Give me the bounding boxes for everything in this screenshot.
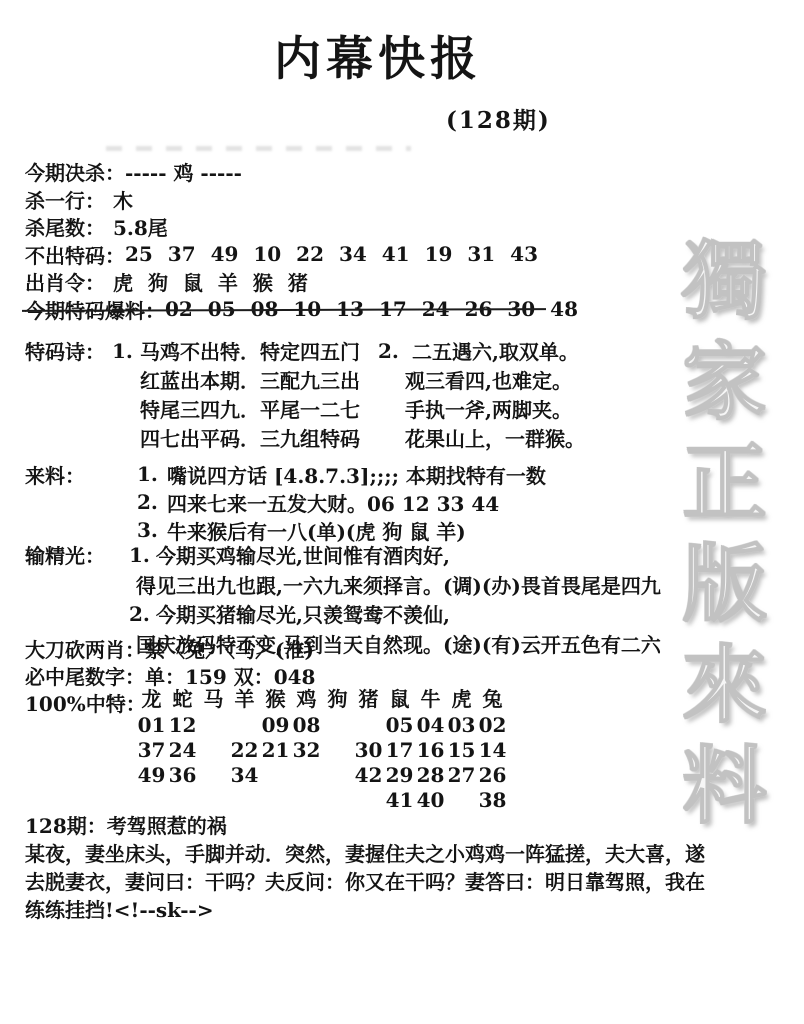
grid-cell: 30 <box>353 737 384 762</box>
grid-cell <box>198 712 229 737</box>
joke-title: 128期：考驾照惹的祸 <box>25 812 705 840</box>
grid-cell: 09 <box>260 712 291 737</box>
issue-number: (128期) <box>446 102 551 135</box>
kill-line-label: 不出特码： <box>25 240 125 269</box>
grid-cell: 08 <box>291 712 322 737</box>
zodiac-header: 蛇 <box>167 683 198 712</box>
grid-cell <box>198 762 229 787</box>
grid-cell: 15 <box>446 737 477 762</box>
zodiac-header: 龙 <box>136 683 167 712</box>
grid-cell: 27 <box>446 762 477 787</box>
poem-text: 特尾三四九．平尾一二七 <box>140 394 378 423</box>
lailiao-num: 1. <box>137 462 167 486</box>
poem-label: 特码诗： <box>25 336 112 365</box>
joke-line: 某夜，妻坐床头，手脚并动．突然，妻握住夫之小鸡鸡一阵猛搓，夫大喜，遂 <box>25 840 705 868</box>
page-title: 内幕快报 <box>0 22 756 89</box>
grid-cell <box>353 712 384 737</box>
kill-line-label: 杀一行： <box>25 185 113 214</box>
kill-line-value: 木 <box>113 185 133 214</box>
grid-cell: 04 <box>415 712 446 737</box>
poem-text: 马鸡不出特．特定四五门 <box>140 336 378 365</box>
grid-row: 37 24 22 21 32 30 17 16 15 14 <box>136 737 508 762</box>
grid-cell: 01 <box>136 712 167 737</box>
zodiac-header: 兔 <box>477 683 508 712</box>
kill-line: 不出特码： 25 37 49 10 22 34 41 19 31 43 <box>25 241 578 269</box>
joke-line: 练练挂挡!<!--sk--> <box>25 896 705 924</box>
shujingguang-label: 输精光： <box>25 540 129 569</box>
grid-cell: 21 <box>260 737 291 762</box>
grid-cell <box>167 787 198 812</box>
bizhong-label: 必中尾数字： <box>25 661 145 690</box>
grid-row: 41 40 38 <box>136 787 508 812</box>
grid-cell: 36 <box>167 762 198 787</box>
grid-cell: 34 <box>229 762 260 787</box>
shujingguang-row: 2. 今期买猪输尽光,只羡鸳鸯不羡仙, <box>25 599 661 629</box>
grid-cell: 02 <box>477 712 508 737</box>
zodiac-header: 虎 <box>446 683 477 712</box>
grid-cell <box>229 787 260 812</box>
zodiac-header: 牛 <box>415 683 446 712</box>
grid-cell: 42 <box>353 762 384 787</box>
poem-text: 红蓝出本期．三配九三出 <box>140 365 378 394</box>
poem-text: 手执一斧,两脚夹。 <box>405 394 572 423</box>
poem-row: 特尾三四九．平尾一二七 手执一斧,两脚夹。 <box>25 394 585 423</box>
grid-row: 01 12 09 08 05 04 03 02 <box>136 712 508 737</box>
poem-text: 花果山上，一群猴。 <box>405 423 585 452</box>
shujingguang-row: 得见三出九也跟,一六九来须择言。(调)(办)畏首畏尾是四九 <box>25 570 661 600</box>
grid-cell: 12 <box>167 712 198 737</box>
kill-line-label: 出肖令： <box>25 267 113 296</box>
kill-line-value: 25 37 49 10 22 34 41 19 31 43 <box>125 242 538 266</box>
kill-line-label: 今期决杀： <box>25 157 125 186</box>
kill-line-value: 虎 狗 鼠 羊 猴 猪 <box>113 267 308 296</box>
zodiac-header: 猴 <box>260 683 291 712</box>
grid-cell <box>260 787 291 812</box>
grid-cell: 26 <box>477 762 508 787</box>
lailiao-text: 嘴说四方话 [4.8.7.3];;;; 本期找特有一数 <box>167 460 546 489</box>
grid-cell <box>446 787 477 812</box>
poem-num: 1. <box>112 339 140 363</box>
zodiac-header: 鼠 <box>384 683 415 712</box>
zodiac-header: 羊 <box>229 683 260 712</box>
kill-line-label: 杀尾数： <box>25 212 113 241</box>
zodiac-header-row: 龙 蛇 马 羊 猴 鸡 狗 猪 鼠 牛 虎 兔 <box>136 683 508 712</box>
poem-row: 红蓝出本期．三配九三出 观三看四,也难定。 <box>25 365 585 394</box>
watermark-text: 獨家正版來料 <box>676 236 760 842</box>
grid-cell: 38 <box>477 787 508 812</box>
kill-line: 杀一行： 木 <box>25 186 578 214</box>
kill-line: 杀尾数： 5.8尾 <box>25 213 578 241</box>
grid-cell: 17 <box>384 737 415 762</box>
kill-line-value: ----- 鸡 ----- <box>125 157 242 186</box>
shujingguang-num: 1. <box>129 543 156 567</box>
grid-cell: 37 <box>136 737 167 762</box>
grid-cell: 29 <box>384 762 415 787</box>
grid-cell: 03 <box>446 712 477 737</box>
grid-cell <box>353 787 384 812</box>
grid-row: 49 36 34 42 29 28 27 26 <box>136 762 508 787</box>
grid-cell: 32 <box>291 737 322 762</box>
grid-cell: 40 <box>415 787 446 812</box>
lailiao-text: 四来七来一五发大财。06 12 33 44 <box>167 488 499 517</box>
zodiac-header: 鸡 <box>291 683 322 712</box>
lailiao-label: 来料： <box>25 460 137 489</box>
grid-cell <box>291 762 322 787</box>
joke-line: 去脱妻衣，妻问曰：干吗？夫反问：你又在干吗？妻答曰：明日靠驾照，我在 <box>25 868 705 896</box>
zodiac-header: 马 <box>198 683 229 712</box>
kill-list: 今期决杀： ----- 鸡 ----- 杀一行： 木 杀尾数： 5.8尾 不出特… <box>25 158 578 323</box>
shujingguang-text: 得见三出九也跟,一六九来须择言。(调)(办)畏首畏尾是四九 <box>129 570 661 599</box>
dadao-label: 大刀砍两肖： <box>25 634 145 663</box>
grid-cell <box>322 762 353 787</box>
grid-cell <box>198 787 229 812</box>
erased-text-smudge <box>106 146 411 151</box>
poem-text: 四七出平码．三九组特码 <box>140 423 378 452</box>
poem-row: 四七出平码．三九组特码 花果山上，一群猴。 <box>25 423 585 452</box>
lailiao-row: 来料： 1. 嘴说四方话 [4.8.7.3];;;; 本期找特有一数 <box>25 460 546 488</box>
kill-line: 今期决杀： ----- 鸡 ----- <box>25 158 578 186</box>
special-code-poem: 特码诗： 1. 马鸡不出特．特定四五门 2. 二五遇六,取双单。 红蓝出本期．三… <box>25 336 585 452</box>
dadao-value: 禁〈兔〉〈马〉(准) <box>145 634 314 663</box>
lailiao-section: 来料： 1. 嘴说四方话 [4.8.7.3];;;; 本期找特有一数 2. 四来… <box>25 460 546 544</box>
grid-cell: 24 <box>167 737 198 762</box>
shujingguang-row: 输精光： 1. 今期买鸡输尽光,世间惟有酒肉好, <box>25 540 661 570</box>
kill-line-value: 5.8尾 <box>113 212 168 241</box>
poem-row: 特码诗： 1. 马鸡不出特．特定四五门 2. 二五遇六,取双单。 <box>25 336 585 365</box>
poem-num: 2. <box>378 339 405 363</box>
grid-cell <box>136 787 167 812</box>
dadao-line: 大刀砍两肖： 禁〈兔〉〈马〉(准) <box>25 634 314 663</box>
grid-cell <box>260 762 291 787</box>
grid-cell <box>322 787 353 812</box>
grid-cell <box>322 737 353 762</box>
joke-section: 128期：考驾照惹的祸 某夜，妻坐床头，手脚并动．突然，妻握住夫之小鸡鸡一阵猛搓… <box>25 812 705 924</box>
grid-cell <box>198 737 229 762</box>
poem-text: 二五遇六,取双单。 <box>405 336 579 365</box>
lailiao-num: 3. <box>137 518 167 542</box>
grid-cell: 14 <box>477 737 508 762</box>
lailiao-num: 2. <box>137 490 167 514</box>
poem-text: 观三看四,也难定。 <box>405 365 572 394</box>
grid-cell: 16 <box>415 737 446 762</box>
scanned-tipsheet-page: 内幕快报 (128期) 今期决杀： ----- 鸡 ----- 杀一行： 木 杀… <box>0 0 804 1024</box>
shujingguang-text: 今期买猪输尽光,只羡鸳鸯不羡仙, <box>156 599 450 628</box>
grid-cell <box>291 787 322 812</box>
grid-cell <box>229 712 260 737</box>
zhongte-label: 100%中特： <box>25 688 146 717</box>
kill-line: 出肖令： 虎 狗 鼠 羊 猴 猪 <box>25 268 578 296</box>
grid-cell: 49 <box>136 762 167 787</box>
grid-cell: 41 <box>384 787 415 812</box>
lailiao-row: 2. 四来七来一五发大财。06 12 33 44 <box>25 488 546 516</box>
grid-cell: 22 <box>229 737 260 762</box>
shujingguang-text: 今期买鸡输尽光,世间惟有酒肉好, <box>156 540 450 569</box>
zodiac-header: 猪 <box>353 683 384 712</box>
zodiac-number-grid: 龙 蛇 马 羊 猴 鸡 狗 猪 鼠 牛 虎 兔 01 12 09 08 05 0… <box>136 683 508 812</box>
grid-cell <box>322 712 353 737</box>
zodiac-header: 狗 <box>322 683 353 712</box>
grid-cell: 28 <box>415 762 446 787</box>
shujingguang-num: 2. <box>129 602 156 626</box>
grid-cell: 05 <box>384 712 415 737</box>
